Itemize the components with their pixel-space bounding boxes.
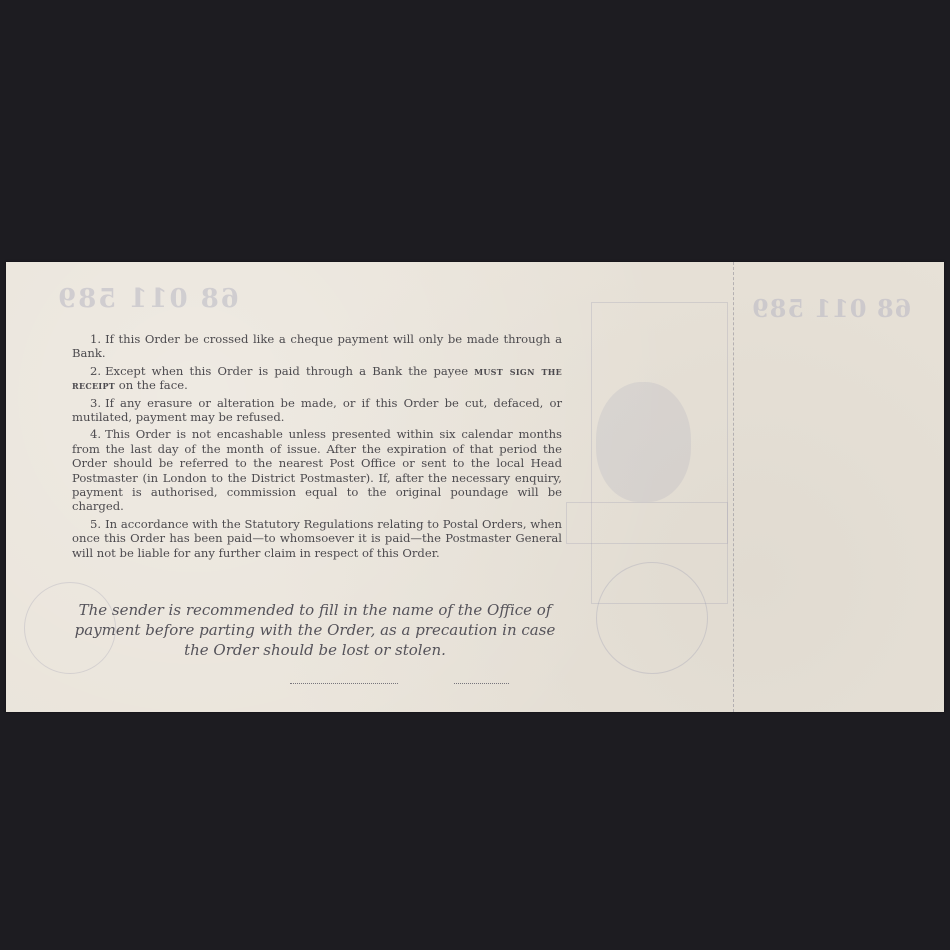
condition-4: 4.This Order is not encashable unless pr… [72, 427, 562, 513]
condition-3: 3.If any erasure or alteration be made, … [72, 396, 562, 425]
condition-5: 5.In accordance with the Statutory Regul… [72, 517, 562, 560]
dotted-line-right [454, 683, 509, 684]
sender-recommendation: The sender is recommended to fill in the… [62, 600, 568, 660]
conditions-list: 1.If this Order be crossed like a cheque… [72, 332, 562, 563]
condition-2: 2.Except when this Order is paid through… [72, 364, 562, 393]
show-through-panel [566, 502, 728, 544]
show-through-frame [591, 302, 728, 604]
postal-order-reverse: 68 011 589 68 011 589 1.If this Order be… [6, 262, 944, 712]
perforation-line [733, 262, 734, 712]
show-through-serial-right: 68 011 589 [751, 294, 911, 323]
show-through-serial-left: 68 011 589 [56, 284, 239, 314]
condition-1: 1.If this Order be crossed like a cheque… [72, 332, 562, 361]
dotted-line-left [290, 683, 398, 684]
